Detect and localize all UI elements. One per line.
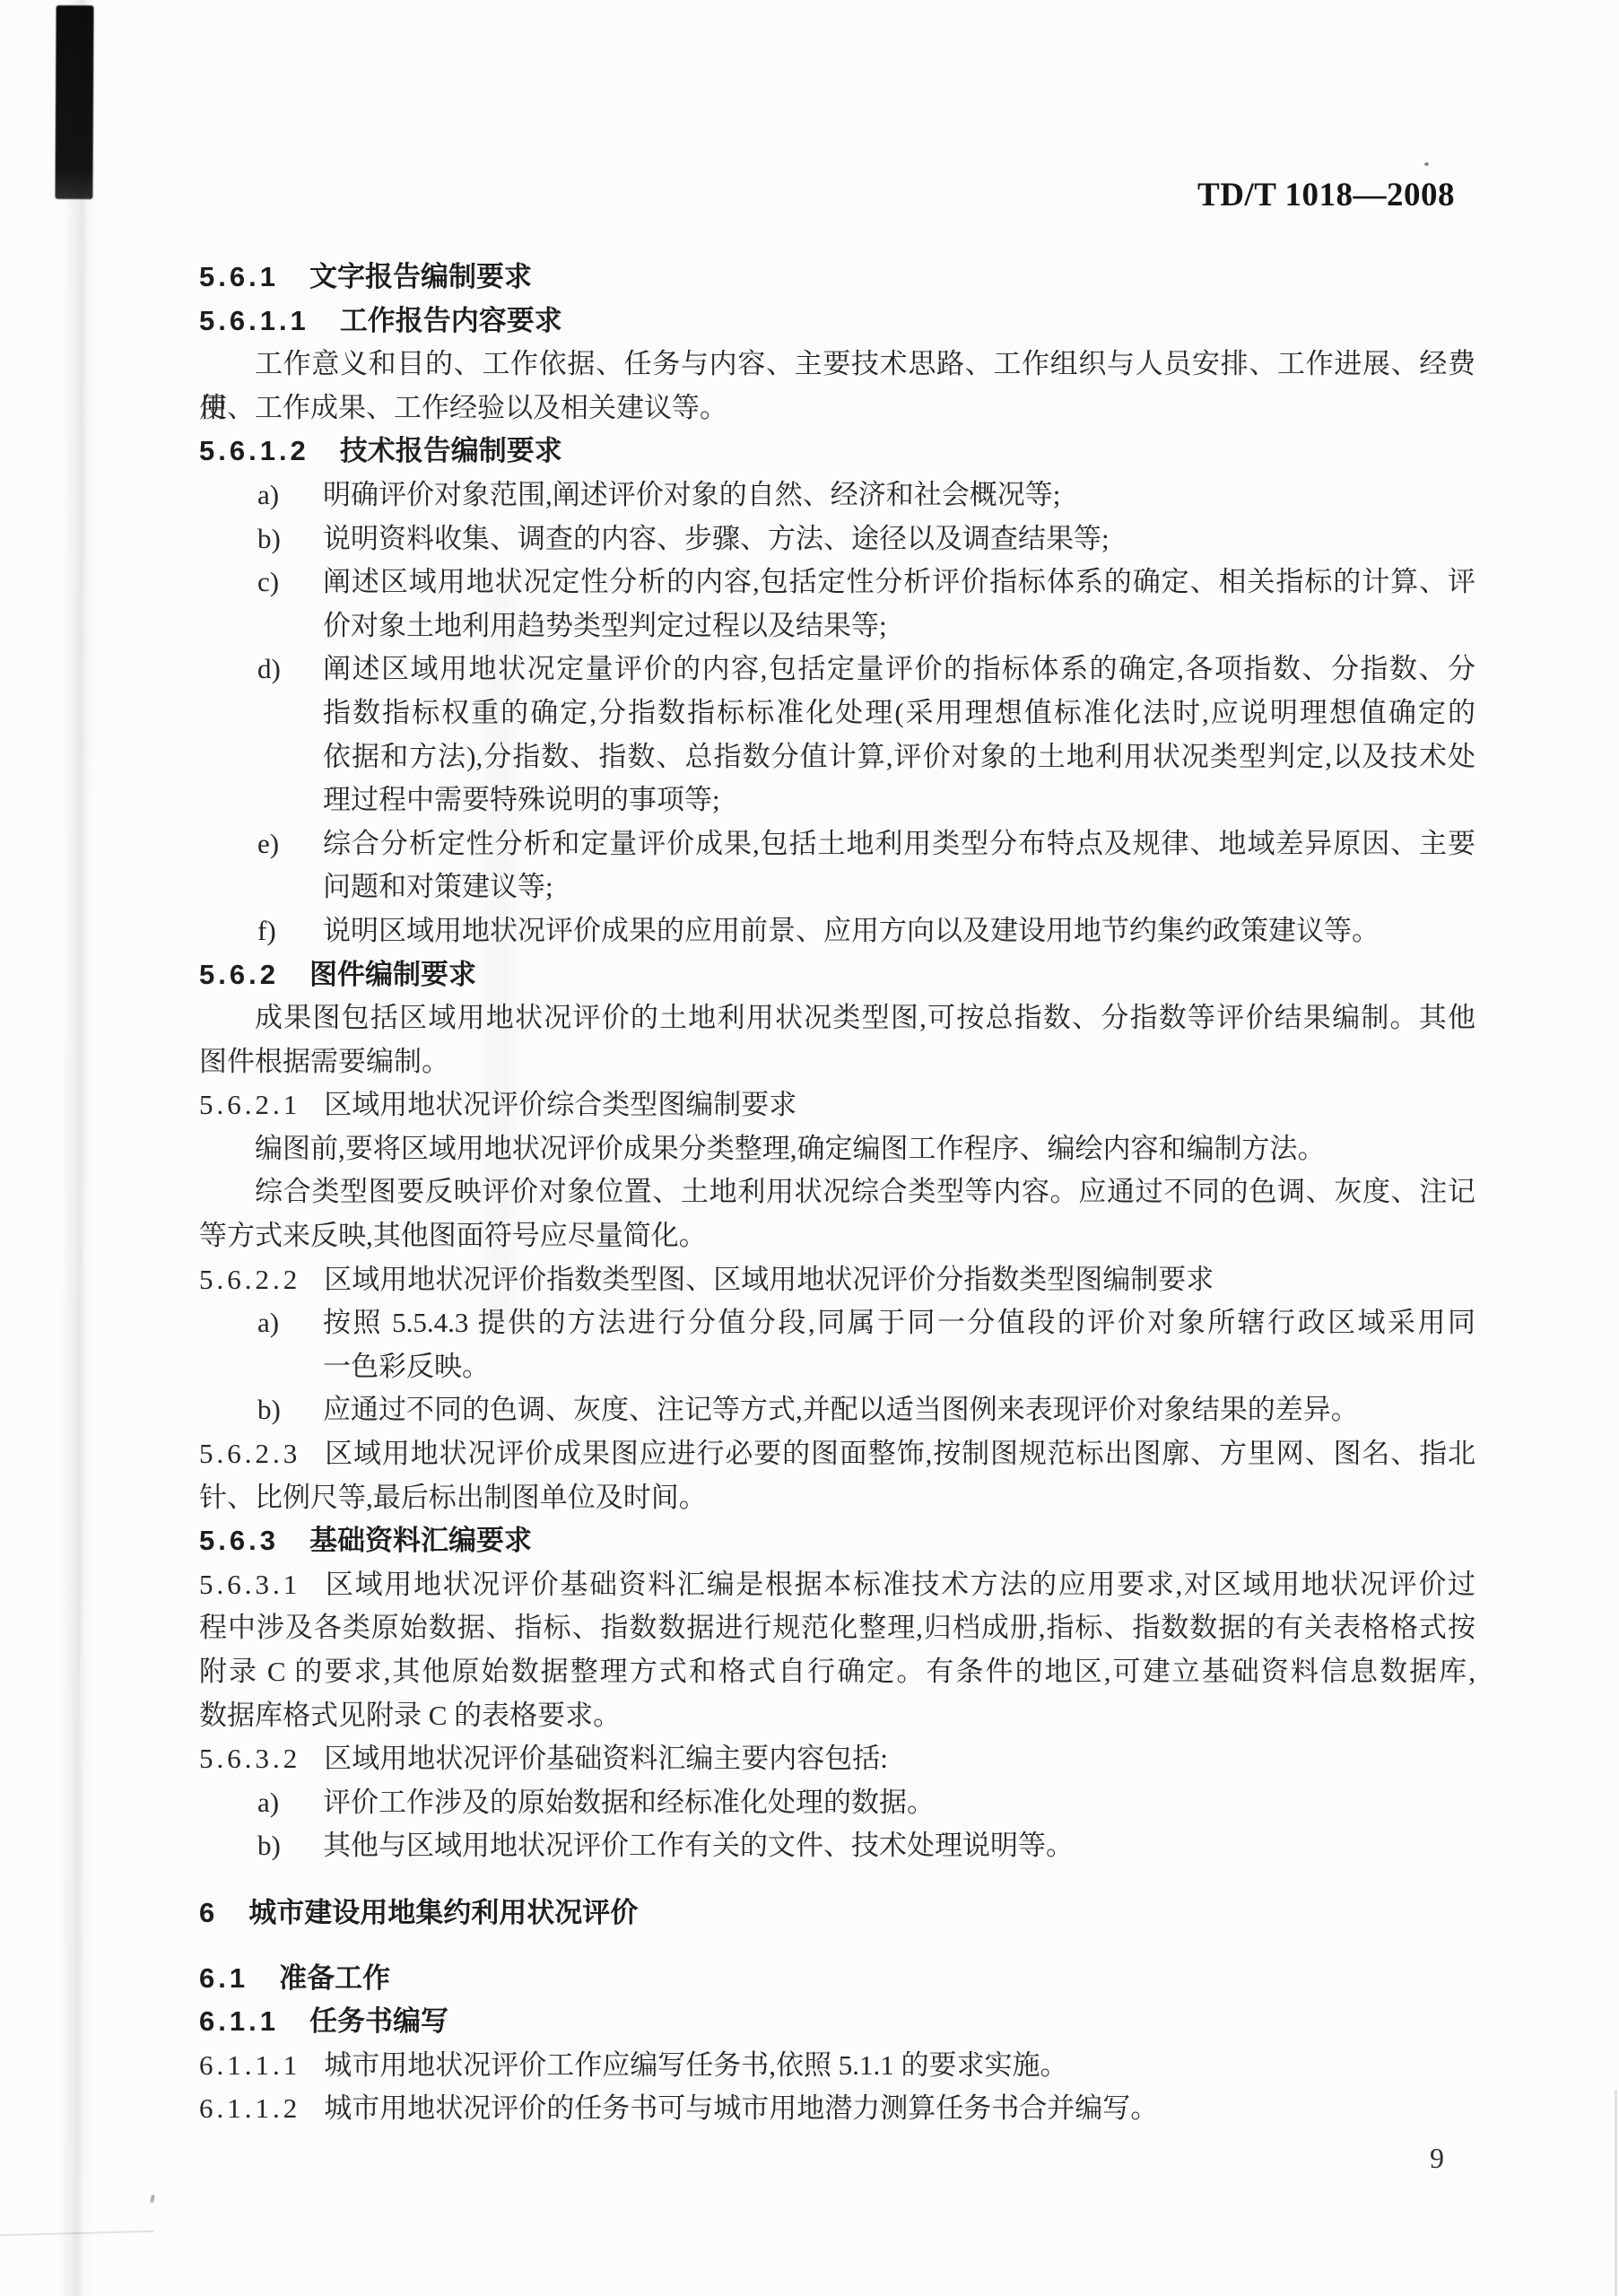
- list-label: b): [257, 517, 281, 561]
- text-line: 明确评价对象范围,阐述评价对象的自然、经济和社会概况等;: [323, 474, 1475, 517]
- clause-number: 5.6.2.2: [199, 1264, 300, 1295]
- clause-number: 5.6.1: [199, 261, 279, 292]
- heading-title: 文字报告编制要求: [309, 261, 532, 292]
- text-line: 工作意义和目的、工作依据、任务与内容、主要技术思路、工作组织与人员安排、工作进展…: [199, 343, 1475, 387]
- text-line: 其他与区域用地状况评价工作有关的文件、技术处理说明等。: [323, 1824, 1475, 1868]
- text-line: 依据和方法),分指数、指数、总指数分值计算,评价对象的土地利用状况类型判定,以及…: [323, 735, 1475, 779]
- heading-6-1-1: 6.1.1任务书编写: [199, 2000, 1475, 2044]
- clause-text: 区域用地状况评价基础资料汇编是根据本标准技术方法的应用要求,对区域用地状况评价过: [324, 1569, 1475, 1600]
- text-line: 针、比例尺等,最后标出制图单位及时间。: [199, 1476, 1475, 1520]
- heading-5-6-1-1: 5.6.1.1工作报告内容要求: [199, 300, 1475, 344]
- text-line: 用、工作成果、工作经验以及相关建议等。: [199, 387, 1475, 430]
- clause-text: 区域用地状况评价综合类型图编制要求: [324, 1089, 796, 1120]
- list-item-a: a) 明确评价对象范围,阐述评价对象的自然、经济和社会概况等;: [199, 474, 1475, 517]
- text-line: 说明资料收集、调查的内容、步骤、方法、途径以及调查结果等;: [323, 517, 1475, 561]
- clause-text: 城市用地状况评价工作应编写任务书,依照 5.1.1 的要求实施。: [324, 2049, 1067, 2081]
- clause-number: 6.1.1: [199, 2005, 279, 2037]
- clause-number: 5.6.3.1: [199, 1569, 300, 1600]
- list-label: f): [257, 909, 276, 953]
- heading-5-6-2: 5.6.2图件编制要求: [199, 953, 1475, 997]
- clause-number: 6.1.1.2: [199, 2092, 300, 2124]
- heading-title: 工作报告内容要求: [340, 305, 562, 336]
- heading-5-6-1-2: 5.6.1.2技术报告编制要求: [199, 430, 1475, 474]
- clause-text: 区域用地状况评价基础资料汇编主要内容包括:: [324, 1743, 888, 1774]
- standard-code-header: TD/T 1018—2008: [1197, 176, 1455, 214]
- list-label: a): [257, 474, 279, 517]
- clause-text: 区域用地状况评价指数类型图、区域用地状况评价分指数类型图编制要求: [324, 1264, 1214, 1295]
- clause-text: 城市用地状况评价的任务书可与城市用地潜力测算任务书合并编写。: [324, 2092, 1158, 2124]
- heading-5-6-3: 5.6.3基础资料汇编要求: [199, 1519, 1475, 1563]
- scan-speck-artifact: [1424, 162, 1429, 166]
- text-line: 等方式来反映,其他图面符号应尽量简化。: [199, 1214, 1475, 1258]
- scan-gutter-shadow-artifact: [58, 0, 99, 2296]
- clause-number: 5.6.2.3: [199, 1438, 300, 1469]
- text-line: 成果图包括区域用地状况评价的土地利用状况类型图,可按总指数、分指数等评价结果编制…: [199, 996, 1475, 1040]
- chapter-heading-6: 6城市建设用地集约利用状况评价: [199, 1892, 1475, 1935]
- list-label: e): [257, 822, 279, 866]
- text-line: 问题和对策建议等;: [323, 865, 1475, 909]
- clause-5-6-3-2: 5.6.3.2区域用地状况评价基础资料汇编主要内容包括:: [199, 1737, 1475, 1781]
- list-item-e: e) 综合分析定性分析和定量评价成果,包括土地利用类型分布特点及规律、地域差异原…: [199, 822, 1475, 909]
- text-line: 一色彩反映。: [323, 1345, 1475, 1389]
- text-line: 附录 C 的要求,其他原始数据整理方式和格式自行确定。有条件的地区,可建立基础资…: [199, 1650, 1475, 1694]
- heading-6-1: 6.1准备工作: [199, 1957, 1475, 2001]
- clause-number: 5.6.1.2: [199, 435, 309, 466]
- list-label: b): [257, 1824, 281, 1868]
- clause-number: 5.6.3.2: [199, 1743, 300, 1774]
- clause-number: 5.6.1.1: [199, 305, 309, 336]
- clause-number: 5.6.2.1: [199, 1089, 300, 1120]
- text-line: 5.6.2.1区域用地状况评价综合类型图编制要求: [199, 1083, 1475, 1127]
- list-item-f: f) 说明区域用地状况评价成果的应用前景、应用方向以及建设用地节约集约政策建议等…: [199, 909, 1475, 953]
- text-line: 6.1.1.1城市用地状况评价工作应编写任务书,依照 5.1.1 的要求实施。: [199, 2044, 1475, 2088]
- list-label: c): [257, 561, 279, 604]
- document-body: 5.6.1文字报告编制要求 5.6.1.1工作报告内容要求 工作意义和目的、工作…: [199, 256, 1475, 2131]
- text-line: 按照 5.5.4.3 提供的方法进行分值分段,同属于同一分值段的评价对象所辖行政…: [323, 1301, 1475, 1345]
- heading-title: 技术报告编制要求: [340, 435, 562, 466]
- heading-5-6-1: 5.6.1文字报告编制要求: [199, 256, 1475, 300]
- text-line: 说明区域用地状况评价成果的应用前景、应用方向以及建设用地节约集约政策建议等。: [323, 909, 1475, 953]
- list-label: b): [257, 1388, 281, 1432]
- text-line: 图件根据需要编制。: [199, 1040, 1475, 1084]
- text-line: 5.6.3.2区域用地状况评价基础资料汇编主要内容包括:: [199, 1737, 1475, 1781]
- clause-number: 6.1: [199, 1962, 248, 1994]
- clause-number: 6: [199, 1897, 218, 1928]
- list-item-b: b) 说明资料收集、调查的内容、步骤、方法、途径以及调查结果等;: [199, 517, 1475, 561]
- scan-speck-artifact: [150, 2195, 155, 2204]
- clause-5-6-2-2: 5.6.2.2区域用地状况评价指数类型图、区域用地状况评价分指数类型图编制要求: [199, 1258, 1475, 1302]
- clause-number: 6.1.1.1: [199, 2049, 300, 2081]
- text-line: 价对象土地利用趋势类型判定过程以及结果等;: [323, 604, 1475, 648]
- paragraph: 成果图包括区域用地状况评价的土地利用状况类型图,可按总指数、分指数等评价结果编制…: [199, 996, 1475, 1083]
- text-line: 编图前,要将区域用地状况评价成果分类整理,确定编图工作程序、编绘内容和编制方法。: [199, 1127, 1475, 1171]
- scan-edge-line-artifact: [1615, 2090, 1617, 2296]
- clause-text: 区域用地状况评价成果图应进行必要的图面整饰,按制图规范标出图廓、方里网、图名、指…: [324, 1438, 1475, 1469]
- paragraph: 工作意义和目的、工作依据、任务与内容、主要技术思路、工作组织与人员安排、工作进展…: [199, 343, 1475, 430]
- list-item-b: b) 应通过不同的色调、灰度、注记等方式,并配以适当图例来表现评价对象结果的差异…: [199, 1388, 1475, 1432]
- text-line: 数据库格式见附录 C 的表格要求。: [199, 1694, 1475, 1738]
- clause-6-1-1-2: 6.1.1.2城市用地状况评价的任务书可与城市用地潜力测算任务书合并编写。: [199, 2087, 1475, 2131]
- text-line: 指数指标权重的确定,分指数指标标准化处理(采用理想值标准化法时,应说明理想值确定…: [323, 691, 1475, 735]
- text-line: 阐述区域用地状况定量评价的内容,包括定量评价的指标体系的确定,各项指数、分指数、…: [323, 648, 1475, 691]
- clause-6-1-1-1: 6.1.1.1城市用地状况评价工作应编写任务书,依照 5.1.1 的要求实施。: [199, 2044, 1475, 2088]
- clause-5-6-2-3: 5.6.2.3区域用地状况评价成果图应进行必要的图面整饰,按制图规范标出图廓、方…: [199, 1432, 1475, 1519]
- list-item-d: d) 阐述区域用地状况定量评价的内容,包括定量评价的指标体系的确定,各项指数、分…: [199, 648, 1475, 822]
- scanned-document-page: { "doc": { "header_code": "TD/T 1018—200…: [0, 0, 1619, 2296]
- clause-number: 5.6.3: [199, 1525, 279, 1556]
- clause-5-6-3-1: 5.6.3.1区域用地状况评价基础资料汇编是根据本标准技术方法的应用要求,对区域…: [199, 1563, 1475, 1737]
- text-line: 程中涉及各类原始数据、指标、指数数据进行规范化整理,归档成册,指标、指数数据的有…: [199, 1606, 1475, 1650]
- list-label: d): [257, 648, 281, 691]
- text-line: 应通过不同的色调、灰度、注记等方式,并配以适当图例来表现评价对象结果的差异。: [323, 1388, 1475, 1432]
- heading-title: 城市建设用地集约利用状况评价: [248, 1897, 638, 1928]
- list-item-a: a) 按照 5.5.4.3 提供的方法进行分值分段,同属于同一分值段的评价对象所…: [199, 1301, 1475, 1388]
- heading-title: 任务书编写: [309, 2005, 448, 2037]
- list-item-c: c) 阐述区域用地状况定性分析的内容,包括定性分析评价指标体系的确定、相关指标的…: [199, 561, 1475, 648]
- text-line: 评价工作涉及的原始数据和经标准化处理的数据。: [323, 1781, 1475, 1825]
- page-number: 9: [1430, 2142, 1444, 2175]
- paragraph: 综合类型图要反映评价对象位置、土地利用状况综合类型等内容。应通过不同的色调、灰度…: [199, 1170, 1475, 1257]
- list-label: a): [257, 1781, 279, 1825]
- text-line: 阐述区域用地状况定性分析的内容,包括定性分析评价指标体系的确定、相关指标的计算、…: [323, 561, 1475, 604]
- text-line: 5.6.3.1区域用地状况评价基础资料汇编是根据本标准技术方法的应用要求,对区域…: [199, 1563, 1475, 1607]
- clause-5-6-2-1: 5.6.2.1区域用地状况评价综合类型图编制要求: [199, 1083, 1475, 1127]
- text-line: 5.6.2.2区域用地状况评价指数类型图、区域用地状况评价分指数类型图编制要求: [199, 1258, 1475, 1302]
- text-line: 综合分析定性分析和定量评价成果,包括土地利用类型分布特点及规律、地域差异原因、主…: [323, 822, 1475, 866]
- text-line: 理过程中需要特殊说明的事项等;: [323, 778, 1475, 822]
- clause-number: 5.6.2: [199, 959, 279, 990]
- heading-title: 图件编制要求: [309, 959, 476, 990]
- text-line: 综合类型图要反映评价对象位置、土地利用状况综合类型等内容。应通过不同的色调、灰度…: [199, 1170, 1475, 1214]
- text-line: 5.6.2.3区域用地状况评价成果图应进行必要的图面整饰,按制图规范标出图廓、方…: [199, 1432, 1475, 1476]
- list-item-b: b) 其他与区域用地状况评价工作有关的文件、技术处理说明等。: [199, 1824, 1475, 1868]
- heading-title: 准备工作: [279, 1962, 390, 1994]
- list-label: a): [257, 1301, 279, 1345]
- text-line: 6.1.1.2城市用地状况评价的任务书可与城市用地潜力测算任务书合并编写。: [199, 2087, 1475, 2131]
- heading-title: 基础资料汇编要求: [309, 1525, 532, 1556]
- paragraph: 编图前,要将区域用地状况评价成果分类整理,确定编图工作程序、编绘内容和编制方法。: [199, 1127, 1475, 1171]
- list-item-a: a) 评价工作涉及的原始数据和经标准化处理的数据。: [199, 1781, 1475, 1825]
